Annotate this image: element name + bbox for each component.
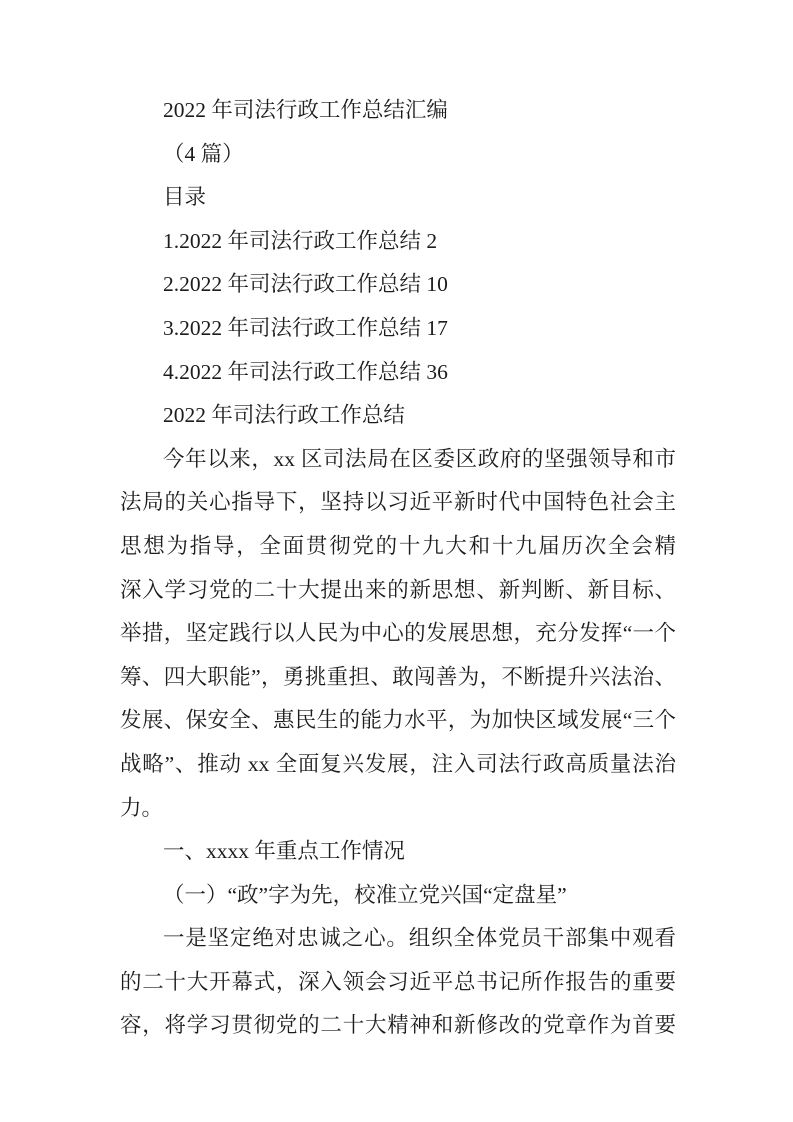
body-line: 力。 <box>120 787 676 831</box>
body-line: 发展、保安全、惠民生的能力水平，为加快区域发展“三个三 <box>120 699 676 743</box>
section-title: 2022 年司法行政工作总结 <box>120 394 676 438</box>
body-line: 一是坚定绝对忠诚之心。组织全体党员干部集中观看党 <box>120 917 676 961</box>
toc-entry: 1.2022 年司法行政工作总结 2 <box>120 220 676 264</box>
body-line: 法局的关心指导下，坚持以习近平新时代中国特色社会主义 <box>120 481 676 525</box>
body-line: 今年以来，xx 区司法局在区委区政府的坚强领导和市司 <box>120 438 676 482</box>
toc-entry: 3.2022 年司法行政工作总结 17 <box>120 307 676 351</box>
doc-subtitle: （4 篇） <box>120 133 676 177</box>
body-line: 容，将学习贯彻党的二十大精神和新修改的党章作为首要政 <box>120 1004 676 1048</box>
heading-level-2: （一）“政”字为先，校准立党兴国“定盘星” <box>120 874 676 918</box>
body-line: 战略”、推动 xx 全面复兴发展，注入司法行政高质量法治强 <box>120 743 676 787</box>
body-line: 筹、四大职能”，勇挑重担、敢闯善为，不断提升兴法治、促 <box>120 656 676 700</box>
body-line: 思想为指导，全面贯彻党的十九大和十九届历次全会精神， <box>120 525 676 569</box>
document-page: 2022 年司法行政工作总结汇编（4 篇）目录1.2022 年司法行政工作总结 … <box>0 0 793 1122</box>
body-line: 举措，坚定践行以人民为中心的发展思想，充分发挥“一个统 <box>120 612 676 656</box>
body-line: 的二十大开幕式，深入领会习近平总书记所作报告的重要内 <box>120 961 676 1005</box>
document-content: 2022 年司法行政工作总结汇编（4 篇）目录1.2022 年司法行政工作总结 … <box>0 0 793 1048</box>
heading-level-1: 一、xxxx 年重点工作情况 <box>120 830 676 874</box>
body-line: 深入学习党的二十大提出来的新思想、新判断、新目标、新 <box>120 569 676 613</box>
doc-title: 2022 年司法行政工作总结汇编 <box>120 89 676 133</box>
toc-entry: 2.2022 年司法行政工作总结 10 <box>120 263 676 307</box>
toc-entry: 4.2022 年司法行政工作总结 36 <box>120 351 676 395</box>
toc-heading: 目录 <box>120 176 676 220</box>
